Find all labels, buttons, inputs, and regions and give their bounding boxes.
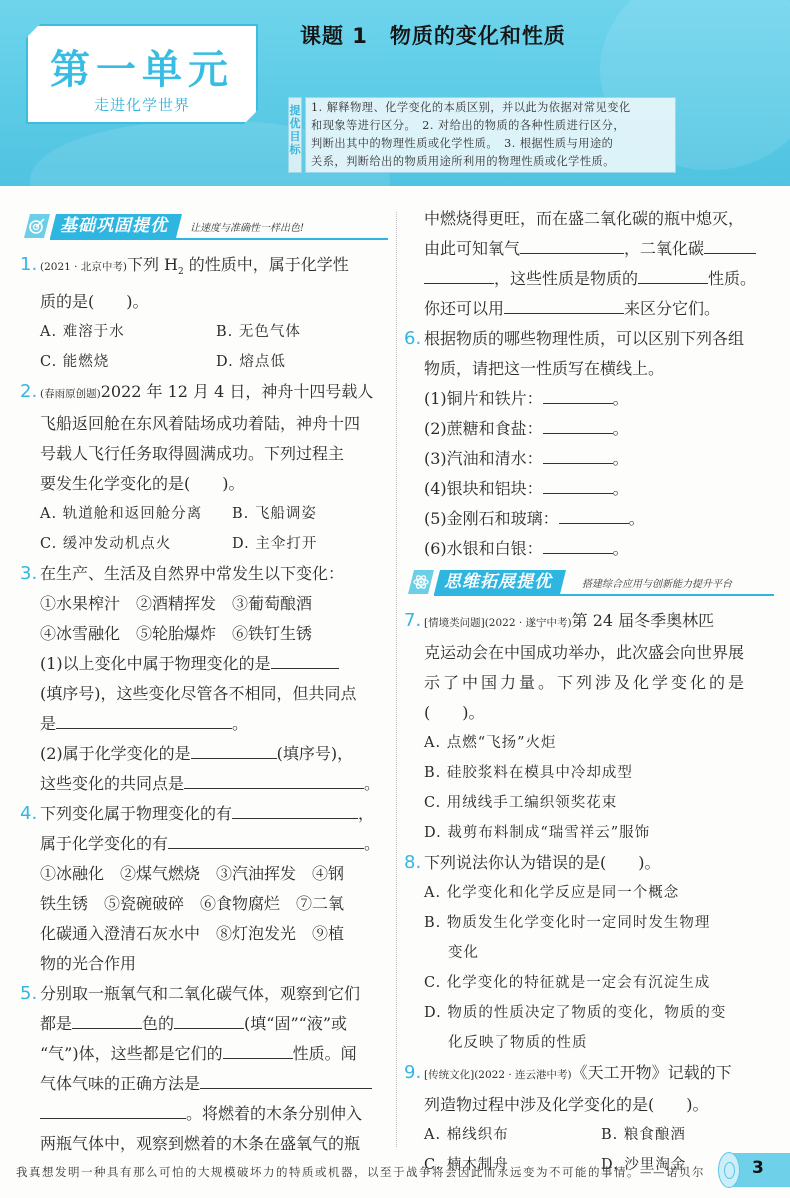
- answer-blank[interactable]: [543, 474, 613, 494]
- question-number: 2.: [20, 377, 37, 407]
- section-header-basic: 基础巩固提优 让速度与准确性一样出色!: [20, 210, 392, 244]
- unit-banner: 第一单元 走进化学世界 课题 1 物质的变化和性质 提优目标 1. 解释物理、化…: [0, 0, 790, 186]
- question-number: 6.: [404, 324, 421, 354]
- learning-goals: 提优目标 1. 解释物理、化学变化的本质区别，并以此为依据对常见变化 和现象等进…: [288, 97, 676, 173]
- question-5: 5. 分别取一瓶氧气和二氧化碳气体，观察到它们 都是色的(填“固”“液”或 “气…: [20, 979, 392, 1159]
- answer-blank[interactable]: [271, 649, 339, 669]
- option-d[interactable]: D. 裁剪布料制成“瑞雪祥云”服饰: [404, 818, 778, 848]
- option-d[interactable]: D. 主伞打开: [232, 529, 392, 559]
- answer-blank[interactable]: [174, 1009, 244, 1029]
- question-1: 1. (2021 · 北京中考)下列 H2 的性质中，属于化学性 质的是( )。: [20, 250, 392, 317]
- option-a[interactable]: A. 化学变化和化学反应是同一个概念: [404, 878, 778, 908]
- section-title: 思维拓展提优: [434, 570, 566, 594]
- answer-blank[interactable]: [543, 534, 613, 554]
- question-3: 3. 在生产、生活及自然界中常发生以下变化： ①水果榨汁 ②酒精挥发 ③葡萄酿酒…: [20, 559, 392, 799]
- answer-blank[interactable]: [543, 444, 613, 464]
- question-9: 9. [传统文化](2022 · 连云港中考)《天工开物》记载的下 列造物过程中…: [404, 1058, 778, 1120]
- question-2-options: A. 轨道舱和返回舱分离 B. 飞船调姿 C. 缓冲发动机点火 D. 主伞打开: [20, 499, 392, 559]
- question-2: 2. (春雨原创题)2022 年 12 月 4 日，神舟十四号载人 飞船返回舱在…: [20, 377, 392, 499]
- answer-blank[interactable]: [424, 264, 494, 284]
- answer-blank[interactable]: [200, 1069, 372, 1089]
- option-d[interactable]: D. 熔点低: [216, 347, 392, 377]
- goals-text: 1. 解释物理、化学变化的本质区别，并以此为依据对常见变化 和现象等进行区分。 …: [305, 97, 676, 173]
- option-b[interactable]: B. 无色气体: [216, 317, 392, 347]
- lesson-title: 课题 1 物质的变化和性质: [300, 20, 566, 50]
- option-a[interactable]: A. 点燃“飞扬”火炬: [404, 728, 778, 758]
- unit-subtitle: 走进化学世界: [28, 94, 256, 115]
- option-b[interactable]: B. 硅胶浆料在模具中冷却成型: [404, 758, 778, 788]
- question-number: 9.: [404, 1058, 421, 1088]
- answer-blank[interactable]: [638, 264, 708, 284]
- answer-blank[interactable]: [72, 1009, 142, 1029]
- question-tag: [情境类问题]: [424, 617, 485, 629]
- answer-blank[interactable]: [559, 504, 629, 524]
- right-column: 中燃烧得更旺，而在盛二氧化碳的瓶中熄灭， 由此可知氧气，二氧化碳 ，这些性质是物…: [404, 204, 778, 1180]
- question-4: 4. 下列变化属于物理变化的有， 属于化学变化的有。 ①冰融化 ②煤气燃烧 ③汽…: [20, 799, 392, 979]
- answer-blank[interactable]: [543, 384, 613, 404]
- goals-tag: 提优目标: [288, 97, 302, 173]
- page-number: 3: [752, 1158, 764, 1178]
- section-tagline: 搭建综合应用与创新能力提升平台: [582, 575, 732, 590]
- option-c[interactable]: C. 缓冲发动机点火: [40, 529, 232, 559]
- question-number: 5.: [20, 979, 37, 1009]
- answer-blank[interactable]: [40, 1099, 186, 1119]
- option-b[interactable]: B. 物质发生化学变化时一定同时发生物理: [404, 908, 778, 938]
- question-8: 8. 下列说法你认为错误的是( )。: [404, 848, 778, 878]
- answer-blank[interactable]: [184, 769, 364, 789]
- question-number: 3.: [20, 559, 37, 589]
- atom-icon: [408, 570, 434, 594]
- option-a[interactable]: A. 难溶于水: [40, 317, 216, 347]
- option-b[interactable]: B. 飞船调姿: [232, 499, 392, 529]
- answer-blank[interactable]: [232, 799, 358, 819]
- option-d[interactable]: D. 物质的性质决定了物质的变化，物质的变: [404, 998, 778, 1028]
- section-header-extend: 思维拓展提优 搭建综合应用与创新能力提升平台: [404, 566, 778, 600]
- question-1-options: A. 难溶于水 B. 无色气体 C. 能燃烧 D. 熔点低: [20, 317, 392, 377]
- target-icon: [24, 214, 50, 238]
- question-source: (2021 · 北京中考): [40, 261, 127, 273]
- question-5-continued: 中燃烧得更旺，而在盛二氧化碳的瓶中熄灭， 由此可知氧气，二氧化碳 ，这些性质是物…: [404, 204, 778, 324]
- question-source: (春雨原创题): [40, 388, 101, 400]
- option-c[interactable]: C. 能燃烧: [40, 347, 216, 377]
- unit-title: 第一单元: [28, 38, 256, 95]
- page-roll-icon: [718, 1152, 740, 1188]
- question-6: 6. 根据物质的哪些物理性质，可以区别下列各组 物质，请把这一性质写在横线上。 …: [404, 324, 778, 564]
- section-title: 基础巩固提优: [50, 214, 182, 238]
- option-c[interactable]: C. 化学变化的特征就是一定会有沉淀生成: [404, 968, 778, 998]
- section-underline: [434, 594, 774, 596]
- question-number: 7.: [404, 606, 421, 636]
- answer-blank[interactable]: [704, 234, 756, 254]
- question-tag: [传统文化]: [424, 1069, 474, 1081]
- section-underline: [50, 238, 388, 240]
- answer-blank[interactable]: [223, 1039, 293, 1059]
- answer-blank[interactable]: [191, 739, 277, 759]
- column-divider: [396, 212, 397, 1147]
- question-number: 8.: [404, 848, 421, 878]
- unit-title-box: 第一单元 走进化学世界: [26, 24, 258, 124]
- footer-quote: 我真想发明一种具有那么可怕的大规模破坏力的特质或机器，以至于战争将会因此而永远变…: [16, 1164, 705, 1180]
- left-column: 基础巩固提优 让速度与准确性一样出色! 1. (2021 · 北京中考)下列 H…: [20, 210, 392, 1159]
- answer-blank[interactable]: [168, 829, 364, 849]
- question-source: (2022 · 遂宁中考): [485, 617, 572, 629]
- option-b[interactable]: B. 粮食酿酒: [601, 1120, 778, 1150]
- option-a[interactable]: A. 轨道舱和返回舱分离: [40, 499, 232, 529]
- option-a[interactable]: A. 棉线织布: [424, 1120, 601, 1150]
- question-number: 1.: [20, 250, 37, 280]
- answer-blank[interactable]: [543, 414, 613, 434]
- question-7: 7. [情境类问题](2022 · 遂宁中考)第 24 届冬季奥林匹 克运动会在…: [404, 606, 778, 728]
- question-source: (2022 · 连云港中考): [474, 1069, 571, 1081]
- question-number: 4.: [20, 799, 37, 829]
- answer-blank[interactable]: [504, 294, 624, 314]
- option-d-continued: 化反映了物质的性质: [404, 1028, 778, 1058]
- option-b-continued: 变化: [404, 938, 778, 968]
- section-tagline: 让速度与准确性一样出色!: [190, 219, 304, 234]
- option-c[interactable]: C. 用绒线手工编织领奖花束: [404, 788, 778, 818]
- answer-blank[interactable]: [56, 709, 232, 729]
- answer-blank[interactable]: [520, 234, 624, 254]
